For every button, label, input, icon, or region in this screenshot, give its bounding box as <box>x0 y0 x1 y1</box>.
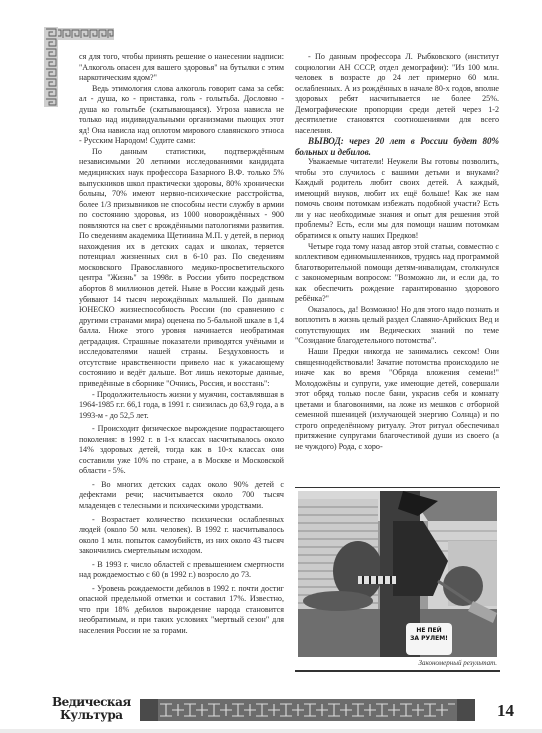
paragraph-mental-health: - Возрастает количество психически ослаб… <box>79 515 284 557</box>
logo-line1: Ведическая <box>52 695 131 709</box>
sign-text: НЕ ПЕЙ ЗА РУЛЕМ! <box>406 627 452 643</box>
article-right-column: - По данным профессора Л. Рыбковского (и… <box>295 52 499 453</box>
witch-tree-photo <box>298 491 497 657</box>
footer-ornament-band-icon <box>140 699 475 721</box>
paragraph-readers-appeal: Уважаемые читатели! Неужели Вы готовы по… <box>295 157 499 241</box>
paragraph-continuation: ся для того, чтобы принять решение о нан… <box>79 52 284 84</box>
page-bottom-edge <box>0 729 542 733</box>
paragraph-rybkovsky: - По данным профессора Л. Рыбковского (и… <box>295 52 499 136</box>
paragraph-possible: Оказалось, да! Возможно! Но для этого на… <box>295 305 499 347</box>
figure-caption: Закономерный результат. <box>418 659 497 667</box>
paragraph-physical-degeneration: - Происходит физическое вырождение подра… <box>79 424 284 477</box>
figure-top-rule <box>295 487 500 488</box>
sign-line1: НЕ ПЕЙ <box>406 627 452 635</box>
publication-logo: Ведическая Культура <box>52 695 104 727</box>
paragraph-statistics: По данным статистики, подтверждённым нез… <box>79 147 284 390</box>
side-meander-ornament-icon <box>44 27 60 107</box>
paragraph-birth-rate: - Уровень рождаемости дебилов в 1992 г. … <box>79 584 284 637</box>
paragraph-life-expectancy: - Продолжительность жизни у мужчин, сост… <box>79 390 284 422</box>
logo-line2: Культура <box>60 708 123 722</box>
paragraph-mortality: - В 1993 г. число областей с превышением… <box>79 560 284 581</box>
page-number: 14 <box>497 701 514 721</box>
paragraph-speech-defects: - Во многих детских садах около 90% дете… <box>79 480 284 512</box>
conclusion-heading: ВЫВОД: через 20 лет в России будет 80% б… <box>295 136 499 157</box>
sign-line2: ЗА РУЛЕМ! <box>406 635 452 643</box>
paragraph-etymology: Ведь этимология слова алкоголь говорит с… <box>79 84 284 147</box>
article-left-column: ся для того, чтобы принять решение о нан… <box>79 52 284 637</box>
paragraph-four-years-ago: Четыре года тому назад автор этой статьи… <box>295 242 499 305</box>
figure: НЕ ПЕЙ ЗА РУЛЕМ! Закономерный результат. <box>295 487 500 675</box>
figure-bottom-rule <box>295 670 500 672</box>
paragraph-ancestors: Наши Предки никогда не занимались сексом… <box>295 347 499 452</box>
